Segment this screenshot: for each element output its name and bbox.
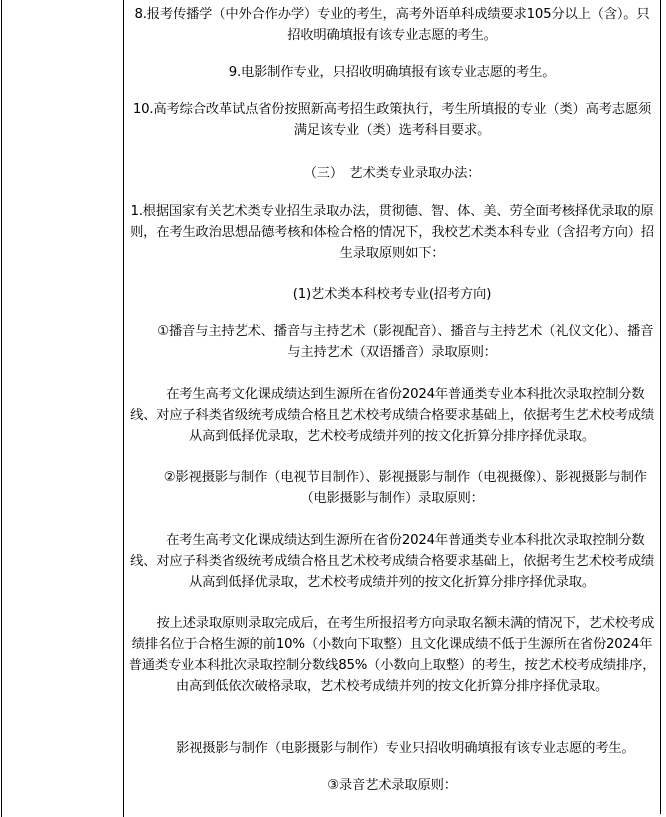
paragraph: ③录音艺术录取原则： bbox=[128, 775, 656, 796]
paragraph: ①播音与主持艺术、播音与主持艺术（影视配音）、播音与主持艺术（礼仪文化）、播音与… bbox=[128, 321, 656, 363]
paragraph: 9.电影制作专业，只招收明确填报有该专业志愿的考生。 bbox=[128, 62, 656, 83]
paragraph: 在考生高考文化课成绩达到生源所在省份2024年普通类专业本科批次录取控制分数线、… bbox=[128, 384, 656, 447]
table-border-left bbox=[1, 0, 2, 817]
table-border-right bbox=[660, 0, 661, 814]
paragraph: ②影视摄影与制作（电视节目制作）、影视摄影与制作（电视摄像）、影视摄影与制作（电… bbox=[128, 467, 656, 509]
paragraph: 在考生高考文化课成绩达到生源所在省份2024年普通类专业本科批次录取控制分数线、… bbox=[128, 530, 656, 593]
table-border-column-divider bbox=[123, 0, 124, 817]
paragraph: 10.高考综合改革试点省份按照新高考招生政策执行，考生所填报的专业（类）高考志愿… bbox=[128, 99, 656, 141]
paragraph: 按上述录取原则录取完成后，在考生所报招考方向录取名额未满的情况下，艺术校考成绩排… bbox=[128, 613, 656, 697]
paragraph: 影视摄影与制作（电影摄影与制作）专业只招收明确填报有该专业志愿的考生。 bbox=[128, 738, 656, 759]
paragraph: 8.报考传播学（中外合作办学）专业的考生，高考外语单科成绩要求105分以上（含）… bbox=[128, 4, 656, 46]
paragraph: 1.根据国家有关艺术类专业招生录取办法，贯彻德、智、体、美、劳全面考核择优录取的… bbox=[128, 201, 656, 264]
paragraph: （三） 艺术类专业录取办法： bbox=[128, 163, 656, 184]
paragraph: (1)艺术类本科校考专业(招考方向) bbox=[128, 284, 656, 305]
